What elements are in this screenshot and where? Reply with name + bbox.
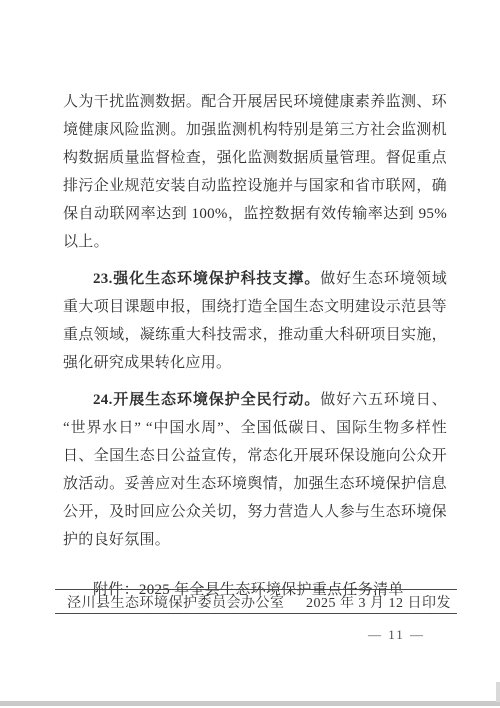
issuing-office: 泾川县生态环境保护委员会办公室 [67, 592, 285, 612]
item-24-text: 做好六五环境日、 “世界水日” “中国水周”、全国低碳日、国际生物多样性日、全国… [63, 392, 447, 548]
footer-row: 泾川县生态环境保护委员会办公室 2025 年 3 月 12 日印发 [55, 590, 457, 613]
document-body: 人为干扰监测数据。配合开展居民环境健康素养监测、环境健康风险监测。加强监测机构特… [63, 88, 447, 604]
page-number: — 11 — [368, 627, 425, 643]
scan-edge-right [496, 682, 500, 702]
document-footer: 泾川县生态环境保护委员会办公室 2025 年 3 月 12 日印发 [55, 589, 457, 614]
scan-edge-bottom [0, 701, 500, 706]
item-23-heading: 23.强化生态环境保护科技支撑。 [93, 271, 320, 287]
print-date: 2025 年 3 月 12 日印发 [306, 592, 451, 612]
paragraph-item-23: 23.强化生态环境保护科技支撑。做好生态环境领域重大项目课题申报，围绕打造全国生… [63, 265, 447, 377]
item-24-heading: 24.开展生态环境保护全民行动。 [93, 392, 320, 408]
paragraph-continuation: 人为干扰监测数据。配合开展居民环境健康素养监测、环境健康风险监测。加强监测机构特… [63, 88, 447, 256]
paragraph-item-24: 24.开展生态环境保护全民行动。做好六五环境日、 “世界水日” “中国水周”、全… [63, 386, 447, 554]
document-page: 人为干扰监测数据。配合开展居民环境健康素养监测、环境健康风险监测。加强监测机构特… [0, 0, 500, 708]
